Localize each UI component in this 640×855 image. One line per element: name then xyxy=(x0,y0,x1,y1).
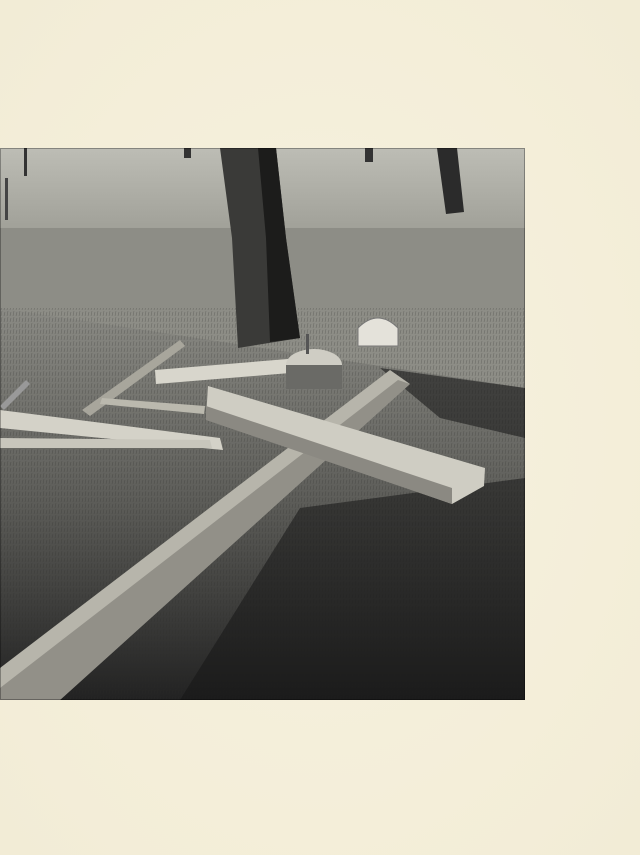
fence-post xyxy=(5,178,8,220)
distant-tree xyxy=(184,148,191,158)
photograph xyxy=(0,148,525,700)
paper-page xyxy=(0,0,640,855)
photo-scene xyxy=(0,148,525,700)
tub-handle xyxy=(306,334,309,354)
fence-post xyxy=(24,148,27,176)
distant-tree xyxy=(365,148,373,162)
